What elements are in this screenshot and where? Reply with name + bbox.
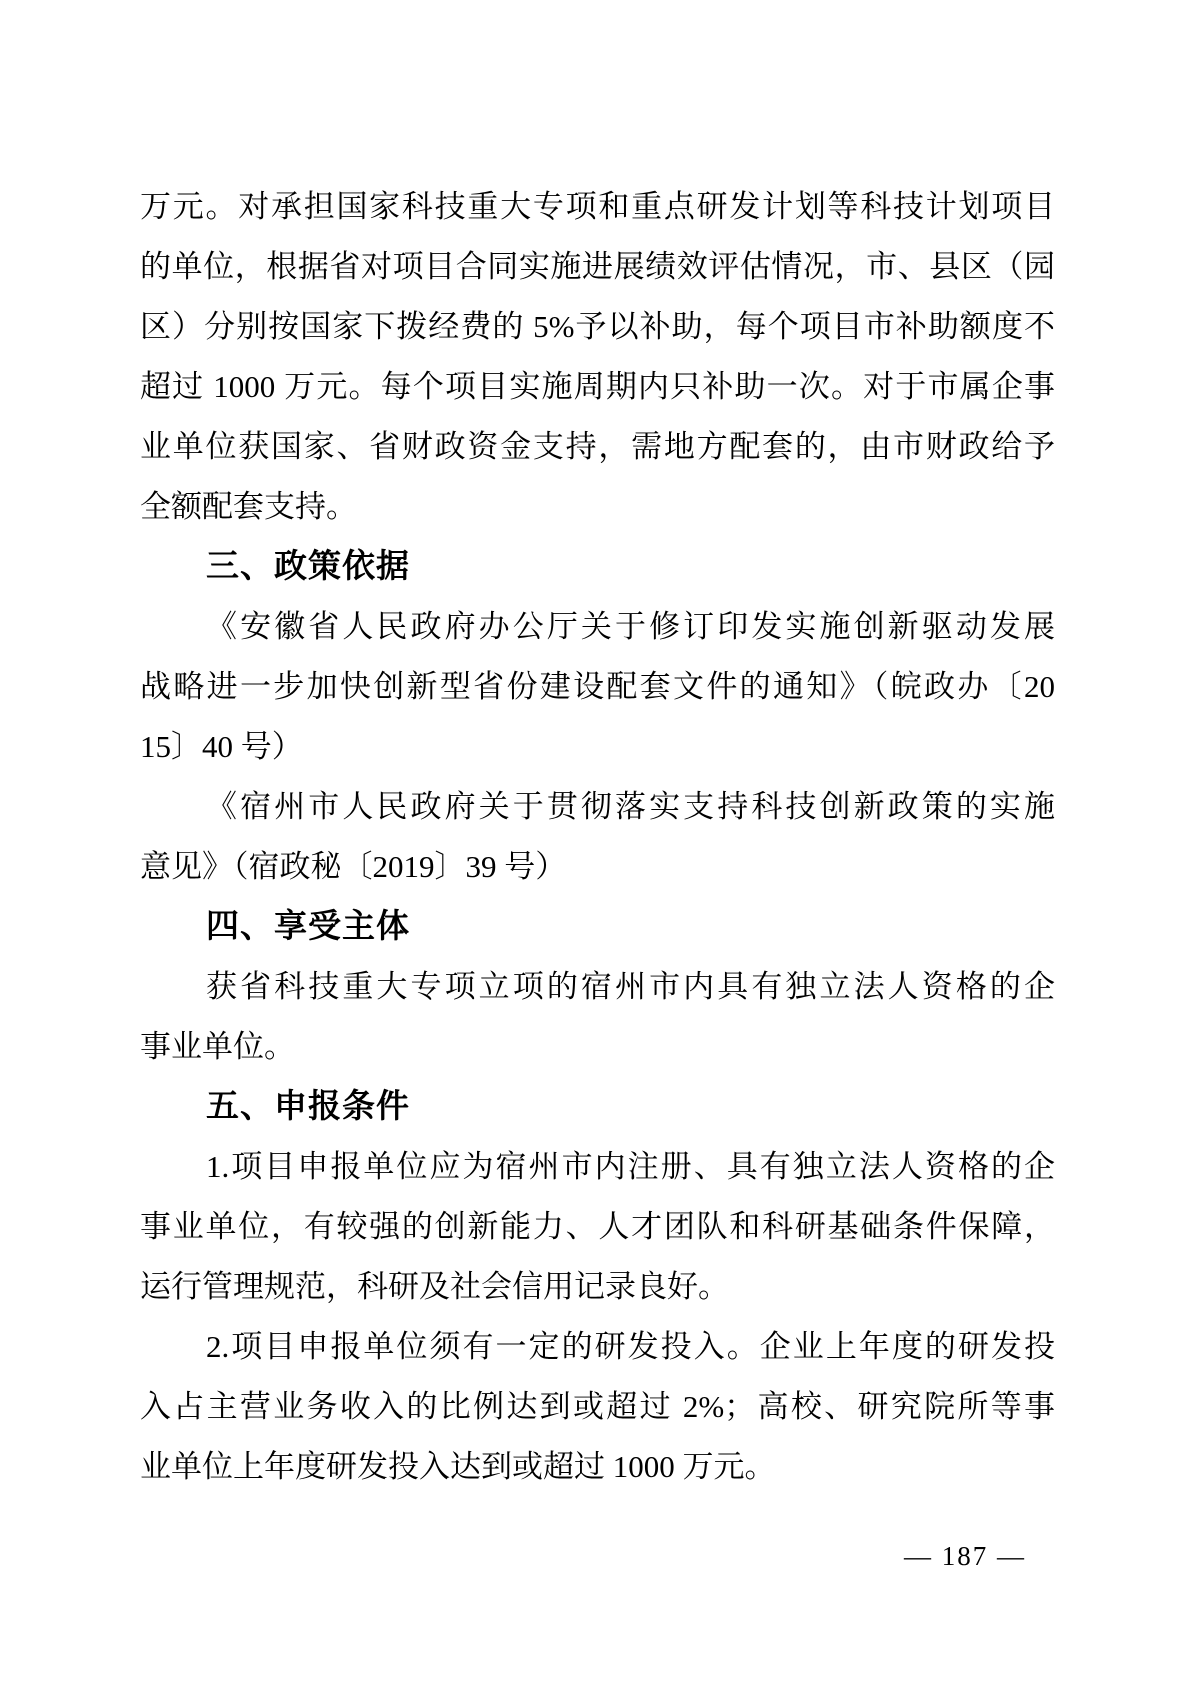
- text-line: 的单位，根据省对项目合同实施进展绩效评估情况，市、县区（园: [140, 237, 1055, 297]
- text-line: 战略进一步加快创新型省份建设配套文件的通知》（皖政办〔20: [140, 657, 1055, 717]
- text-line: 获省科技重大专项立项的宿州市内具有独立法人资格的企: [140, 957, 1055, 1017]
- text-line: 15〕40 号）: [140, 717, 1055, 777]
- text-line: 运行管理规范，科研及社会信用记录良好。: [140, 1257, 1055, 1317]
- text-line: 区）分别按国家下拨经费的 5%予以补助，每个项目市补助额度不: [140, 297, 1055, 357]
- section-heading: 三、政策依据: [140, 537, 1055, 597]
- text-line: 《宿州市人民政府关于贯彻落实支持科技创新政策的实施: [140, 777, 1055, 837]
- text-line: 事业单位，有较强的创新能力、人才团队和科研基础条件保障，: [140, 1197, 1055, 1257]
- text-line: 2.项目申报单位须有一定的研发投入。企业上年度的研发投: [140, 1317, 1055, 1377]
- text-line: 《安徽省人民政府办公厅关于修订印发实施创新驱动发展: [140, 597, 1055, 657]
- text-line: 万元。对承担国家科技重大专项和重点研发计划等科技计划项目: [140, 177, 1055, 237]
- text-line: 入占主营业务收入的比例达到或超过 2%；高校、研究院所等事: [140, 1377, 1055, 1437]
- text-line: 1.项目申报单位应为宿州市内注册、具有独立法人资格的企: [140, 1137, 1055, 1197]
- text-line: 事业单位。: [140, 1017, 1055, 1077]
- text-line: 意见》（宿政秘〔2019〕39 号）: [140, 837, 1055, 897]
- section-heading: 五、申报条件: [140, 1077, 1055, 1137]
- text-line: 业单位上年度研发投入达到或超过 1000 万元。: [140, 1437, 1055, 1497]
- section-heading: 四、享受主体: [140, 897, 1055, 957]
- text-line: 全额配套支持。: [140, 477, 1055, 537]
- text-line: 业单位获国家、省财政资金支持，需地方配套的，由市财政给予: [140, 417, 1055, 477]
- document-page: 万元。对承担国家科技重大专项和重点研发计划等科技计划项目的单位，根据省对项目合同…: [0, 0, 1190, 1683]
- page-number: — 187 —: [904, 1540, 1026, 1572]
- text-line: 超过 1000 万元。每个项目实施周期内只补助一次。对于市属企事: [140, 357, 1055, 417]
- document-body: 万元。对承担国家科技重大专项和重点研发计划等科技计划项目的单位，根据省对项目合同…: [140, 177, 1055, 1497]
